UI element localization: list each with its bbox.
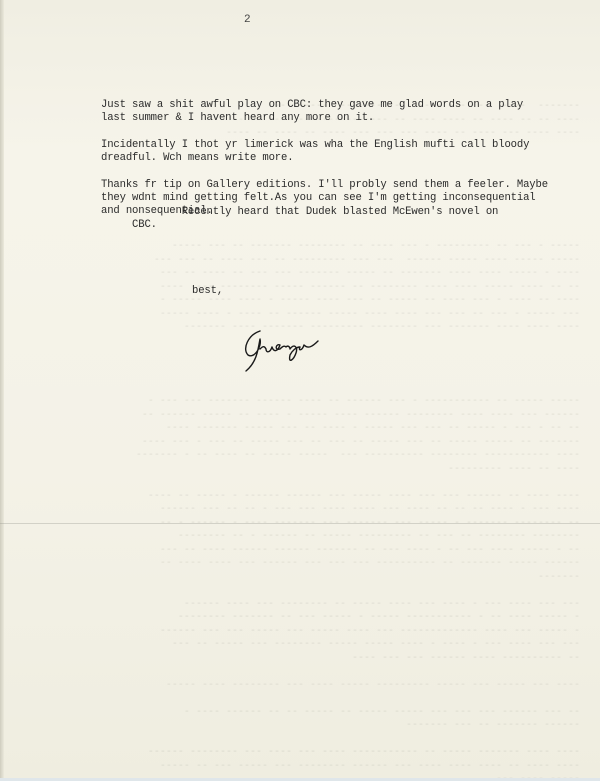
closing: best, [192,285,600,298]
page-edge-shadow [0,0,4,781]
reverse-side-show-through: ----- ----- -- ----------- - --- ------ … [100,395,580,781]
paper-fold-line [0,523,600,524]
paragraph-dudek-mcewen: Recently heard that Dudek blasted McEwen… [101,206,591,232]
paragraph-cbc-play: Just saw a shit awful play on CBC: they … [101,99,591,125]
handwritten-signature: George [238,325,328,375]
letter-page: ------- ---- -- --- ---- --- ------- ---… [0,0,600,781]
paragraph-limerick: Incidentally I thot yr limerick was wha … [101,139,591,165]
page-number: 2 [244,14,251,26]
